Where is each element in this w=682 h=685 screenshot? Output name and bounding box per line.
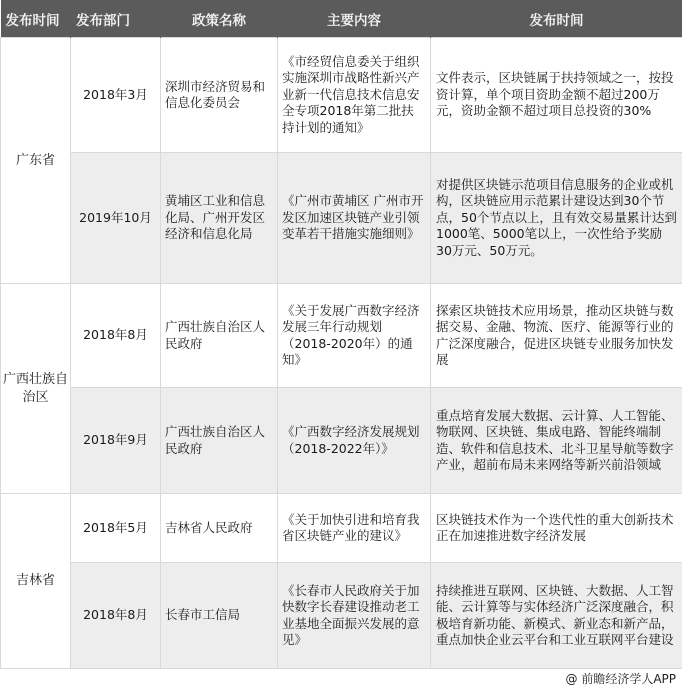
date-cell: 2018年3月	[71, 38, 161, 153]
table-row: 广东省 2018年3月 深圳市经济贸易和信息化委员会 《市经贸信息委关于组织实施…	[1, 38, 682, 153]
date-cell: 2018年9月	[71, 388, 161, 494]
department-cell: 黄埔区工业和信息化局、广州开发区经济和信息化局	[161, 153, 278, 284]
department-cell: 广西壮族自治区人民政府	[161, 284, 278, 388]
province-cell: 广西壮族自治区	[1, 284, 71, 494]
policy-cell: 《市经贸信息委关于组织实施深圳市战略性新兴产业新一代信息技术信息安全专项2018…	[278, 38, 431, 153]
date-cell: 2019年10月	[71, 153, 161, 284]
content-cell: 文件表示，区块链属于扶持领域之一，按投资计算，单个项目资助金额不超过200万元，…	[431, 38, 682, 153]
date-cell: 2018年8月	[71, 284, 161, 388]
department-cell: 深圳市经济贸易和信息化委员会	[161, 38, 278, 153]
content-cell: 区块链技术作为一个迭代性的重大创新技术正在加速推进数字经济发展	[431, 494, 682, 563]
policy-cell: 《关于加快引进和培育我省区块链产业的建议》	[278, 494, 431, 563]
province-cell: 吉林省	[1, 494, 71, 669]
table-row: 广西壮族自治区 2018年8月 广西壮族自治区人民政府 《关于发展广西数字经济发…	[1, 284, 682, 388]
table-row: 2019年10月 黄埔区工业和信息化局、广州开发区经济和信息化局 《广州市黄埔区…	[1, 153, 682, 284]
department-cell: 吉林省人民政府	[161, 494, 278, 563]
department-cell: 长春市工信局	[161, 563, 278, 669]
policy-cell: 《广西数字经济发展规划（2018-2022年）》	[278, 388, 431, 494]
date-cell: 2018年5月	[71, 494, 161, 563]
policy-cell: 《长春市人民政府关于加快数字长春建设推动老工业基地全面振兴发展的意见》	[278, 563, 431, 669]
policy-cell: 《广州市黄埔区 广州市开发区加速区块链产业引领变革若干措施实施细则》	[278, 153, 431, 284]
header-main-content: 主要内容	[278, 0, 431, 38]
header-department: 发布部门	[71, 0, 161, 38]
policy-cell: 《关于发展广西数字经济发展三年行动规划（2018-2020年）的通知》	[278, 284, 431, 388]
department-cell: 广西壮族自治区人民政府	[161, 388, 278, 494]
content-cell: 探索区块链技术应用场景，推动区块链与数据交易、金融、物流、医疗、能源等行业的广泛…	[431, 284, 682, 388]
table-row: 2018年8月 长春市工信局 《长春市人民政府关于加快数字长春建设推动老工业基地…	[1, 563, 682, 669]
header-policy-name: 政策名称	[161, 0, 278, 38]
table-row: 吉林省 2018年5月 吉林省人民政府 《关于加快引进和培育我省区块链产业的建议…	[1, 494, 682, 563]
header-row: 发布时间 发布部门 政策名称 主要内容 发布时间	[1, 0, 682, 38]
policy-table: 发布时间 发布部门 政策名称 主要内容 发布时间 广东省 2018年3月 深圳市…	[0, 0, 682, 669]
province-cell: 广东省	[1, 38, 71, 284]
content-cell: 对提供区块链示范项目信息服务的企业或机构，区块链应用示范累计建设达到30个节点，…	[431, 153, 682, 284]
table-row: 2018年9月 广西壮族自治区人民政府 《广西数字经济发展规划（2018-202…	[1, 388, 682, 494]
date-cell: 2018年8月	[71, 563, 161, 669]
header-release-region: 发布时间	[1, 0, 71, 38]
content-cell: 持续推进互联网、区块链、大数据、人工智能、云计算等与实体经济广泛深度融合，积极培…	[431, 563, 682, 669]
source-credit: @ 前瞻经济学人APP	[566, 670, 677, 685]
content-cell: 重点培育发展大数据、云计算、人工智能、物联网、区块链、集成电路、智能终端制造、软…	[431, 388, 682, 494]
header-release-time: 发布时间	[431, 0, 682, 38]
